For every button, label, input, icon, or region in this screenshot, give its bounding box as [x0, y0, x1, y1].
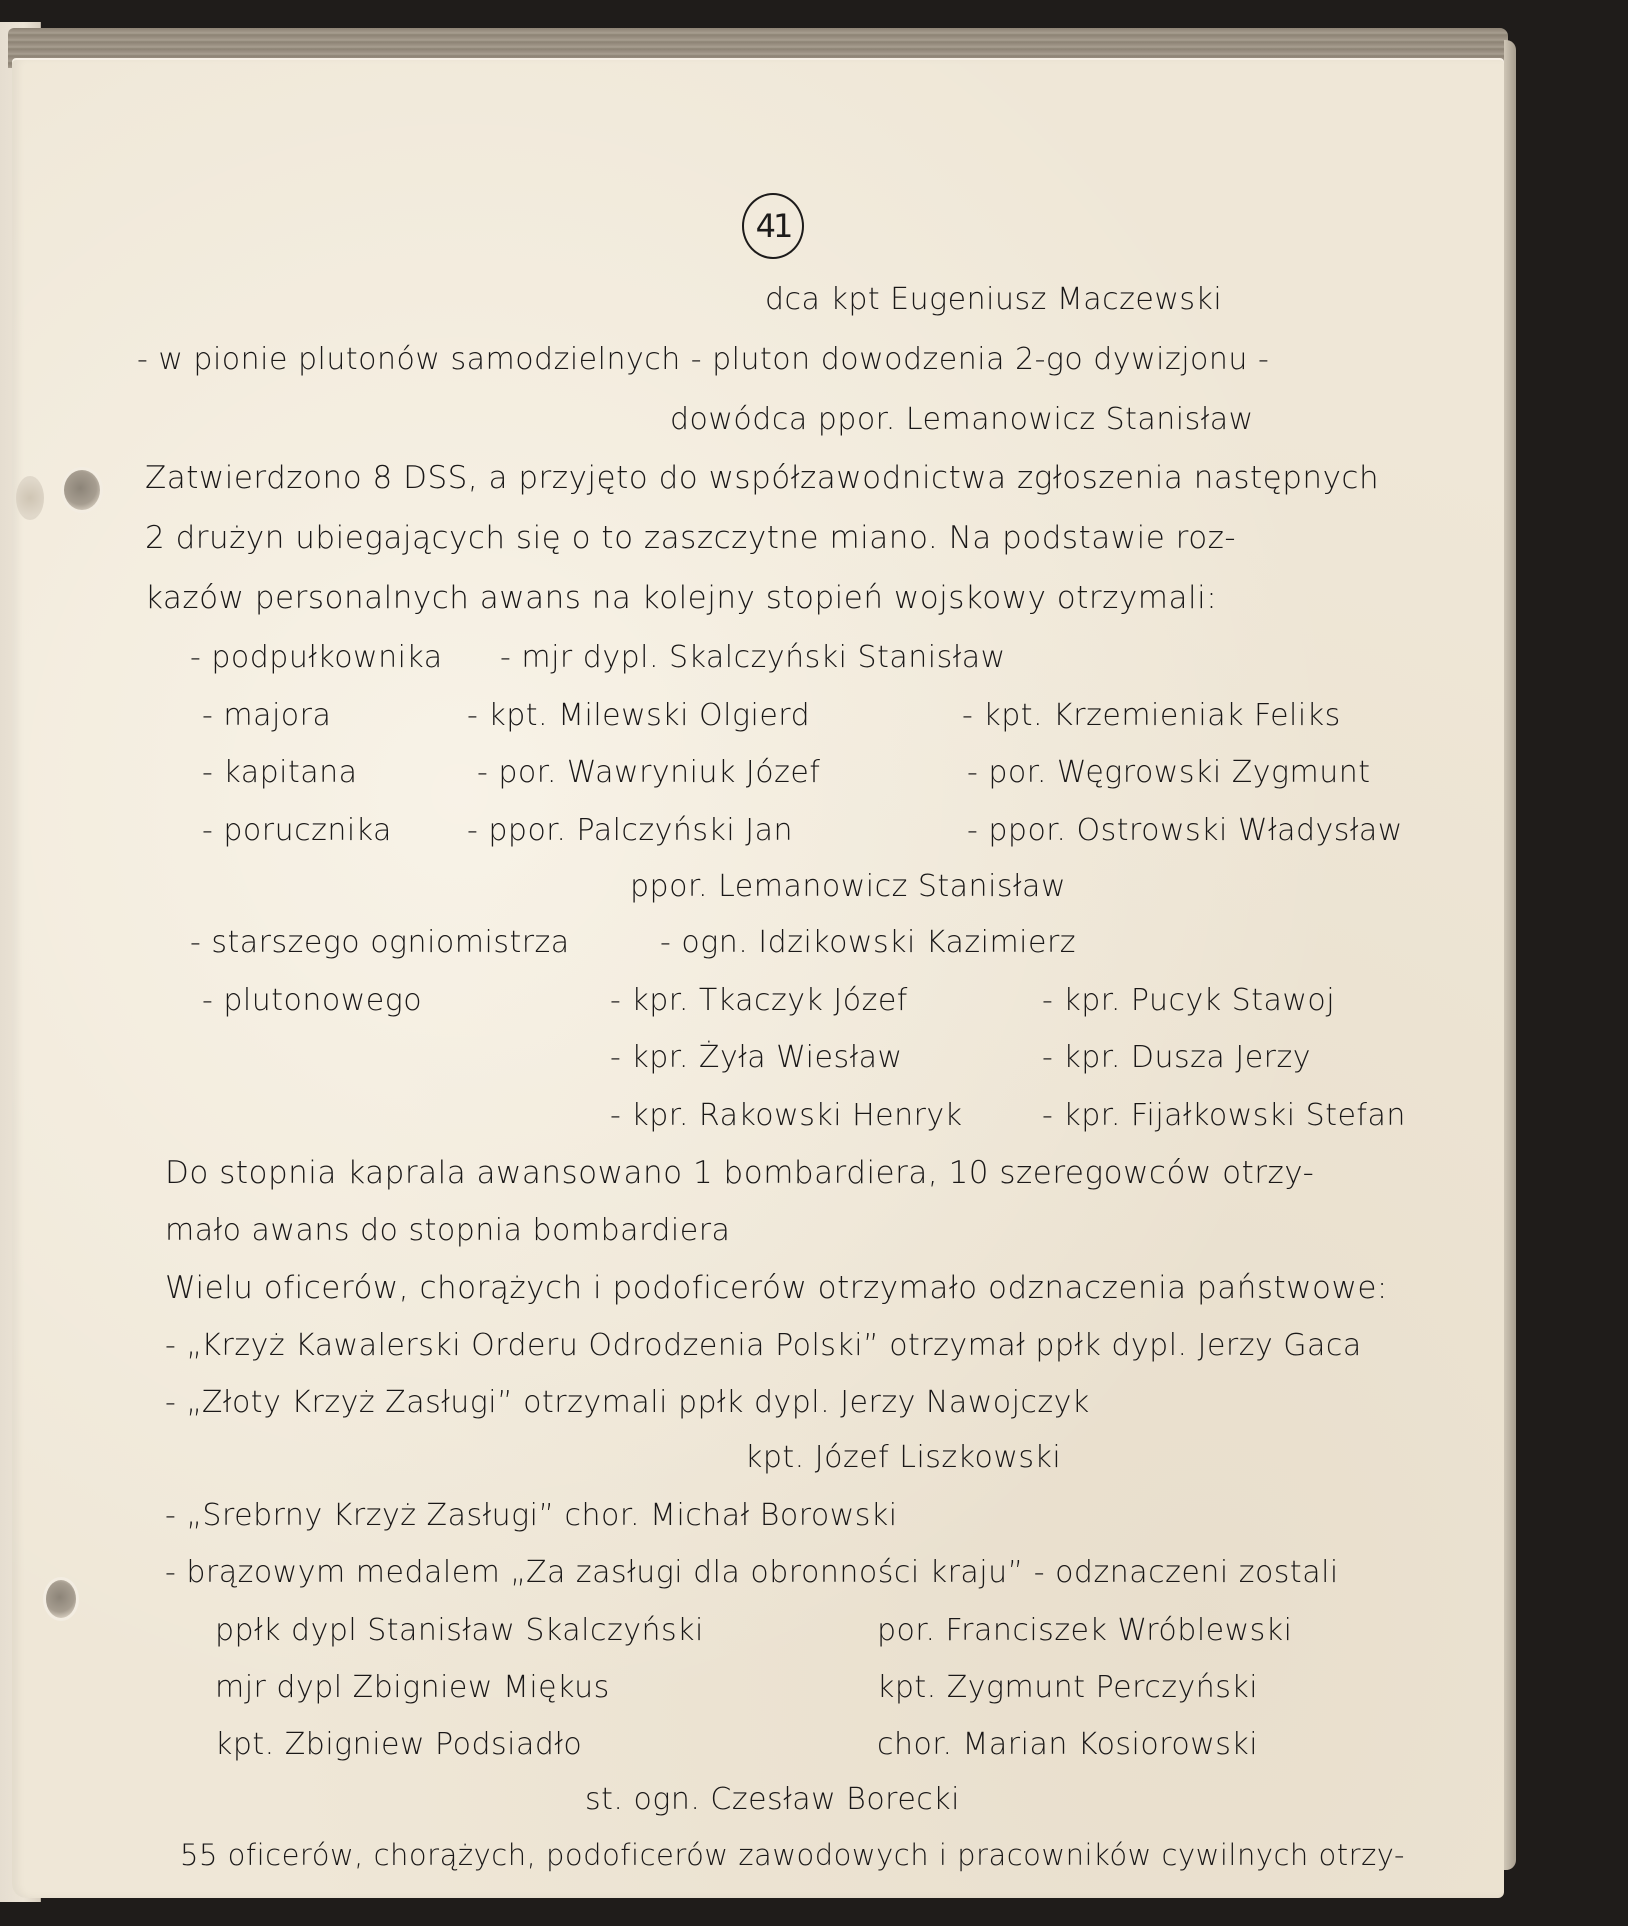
- promotion-person: - kpr. Żyła Wiesław: [610, 1043, 903, 1073]
- platoon-line: - w pionie plutonów samodzielnych - plut…: [137, 345, 1269, 375]
- paragraph-orders: kazów personalnych awans na kolejny stop…: [145, 583, 1217, 614]
- paragraph-corporal: Do stopnia kaprala awansowano 1 bombardi…: [165, 1158, 1314, 1189]
- promotion-person: - kpr. Tkaczyk Józef: [610, 986, 908, 1016]
- page-right-edge: [1504, 40, 1516, 1870]
- document-page: 41 dca kpt Eugeniusz Maczewski - w pioni…: [12, 58, 1504, 1898]
- medal-recipient: ppłk dypl Stanisław Skalczyński: [215, 1616, 704, 1646]
- punch-hole-top: [64, 470, 100, 510]
- award-line: - „Złoty Krzyż Zasługi” otrzymali ppłk d…: [165, 1388, 1090, 1418]
- promotion-rank: - kapitana: [202, 758, 358, 788]
- promotion-rank: - starszego ogniomistrza: [190, 928, 570, 958]
- medal-recipient: st. ogn. Czesław Borecki: [585, 1785, 960, 1815]
- promotion-person: - por. Węgrowski Zygmunt: [967, 758, 1371, 788]
- promotion-person: - kpr. Pucyk Stawoj: [1042, 986, 1335, 1016]
- promotion-person: ppor. Lemanowicz Stanisław: [630, 872, 1066, 902]
- medal-recipient: kpt. Zbigniew Podsiadło: [215, 1730, 582, 1760]
- medal-recipient: kpt. Zygmunt Perczyński: [877, 1673, 1258, 1703]
- paragraph-approval: Zatwierdzono 8 DSS, a przyjęto do współz…: [145, 463, 1379, 494]
- paragraph-squads: 2 drużyn ubiegających się o to zaszczytn…: [145, 523, 1236, 554]
- promotion-person: - kpr. Dusza Jerzy: [1042, 1043, 1311, 1073]
- promotion-rank: - majora: [202, 701, 331, 731]
- punch-hole-bottom: [46, 1580, 76, 1618]
- platoon-commander-line: dowódca ppor. Lemanowicz Stanisław: [670, 405, 1254, 435]
- medal-recipient: chor. Marian Kosiorowski: [877, 1730, 1258, 1760]
- promotion-person: - mjr dypl. Skalczyński Stanisław: [500, 643, 1006, 673]
- promotion-person: - kpt. Krzemieniak Feliks: [962, 701, 1341, 731]
- promotion-person: - ppor. Ostrowski Władysław: [967, 816, 1403, 846]
- promotion-person: - kpt. Milewski Olgierd: [467, 701, 810, 731]
- page-number-text: 41: [756, 207, 791, 245]
- final-line: 55 oficerów, chorążych, podoficerów zawo…: [180, 1841, 1405, 1870]
- promotion-person: - ppor. Palczyński Jan: [467, 816, 793, 846]
- promotion-person: - kpr. Rakowski Henryk: [610, 1101, 963, 1131]
- award-line: - „Srebrny Krzyż Zasługi” chor. Michał B…: [165, 1501, 898, 1531]
- medal-recipient: por. Franciszek Wróblewski: [877, 1616, 1292, 1646]
- award-line: - „Krzyż Kawalerski Orderu Odrodzenia Po…: [165, 1331, 1362, 1361]
- award-line: kpt. Józef Liszkowski: [745, 1443, 1061, 1473]
- page-number: 41: [742, 193, 804, 259]
- promotion-rank: - podpułkownika: [190, 643, 443, 673]
- promotion-rank: - plutonowego: [202, 986, 422, 1016]
- promotion-rank: - porucznika: [202, 816, 392, 846]
- award-line: - brązowym medalem „Za zasługi dla obron…: [165, 1558, 1339, 1588]
- commander-line: dca kpt Eugeniusz Maczewski: [765, 285, 1222, 315]
- paragraph-decorations: Wielu oficerów, chorążych i podoficerów …: [165, 1273, 1388, 1304]
- medal-recipient: mjr dypl Zbigniew Miękus: [215, 1673, 610, 1703]
- binder-edge: [0, 0, 45, 22]
- promotion-person: - ogn. Idzikowski Kazimierz: [660, 928, 1076, 958]
- torn-hole-remnant: [16, 476, 44, 520]
- paragraph-bombardier: mało awans do stopnia bombardiera: [165, 1216, 730, 1246]
- promotion-person: - por. Wawryniuk Józef: [477, 758, 820, 788]
- promotion-person: - kpr. Fijałkowski Stefan: [1042, 1101, 1406, 1131]
